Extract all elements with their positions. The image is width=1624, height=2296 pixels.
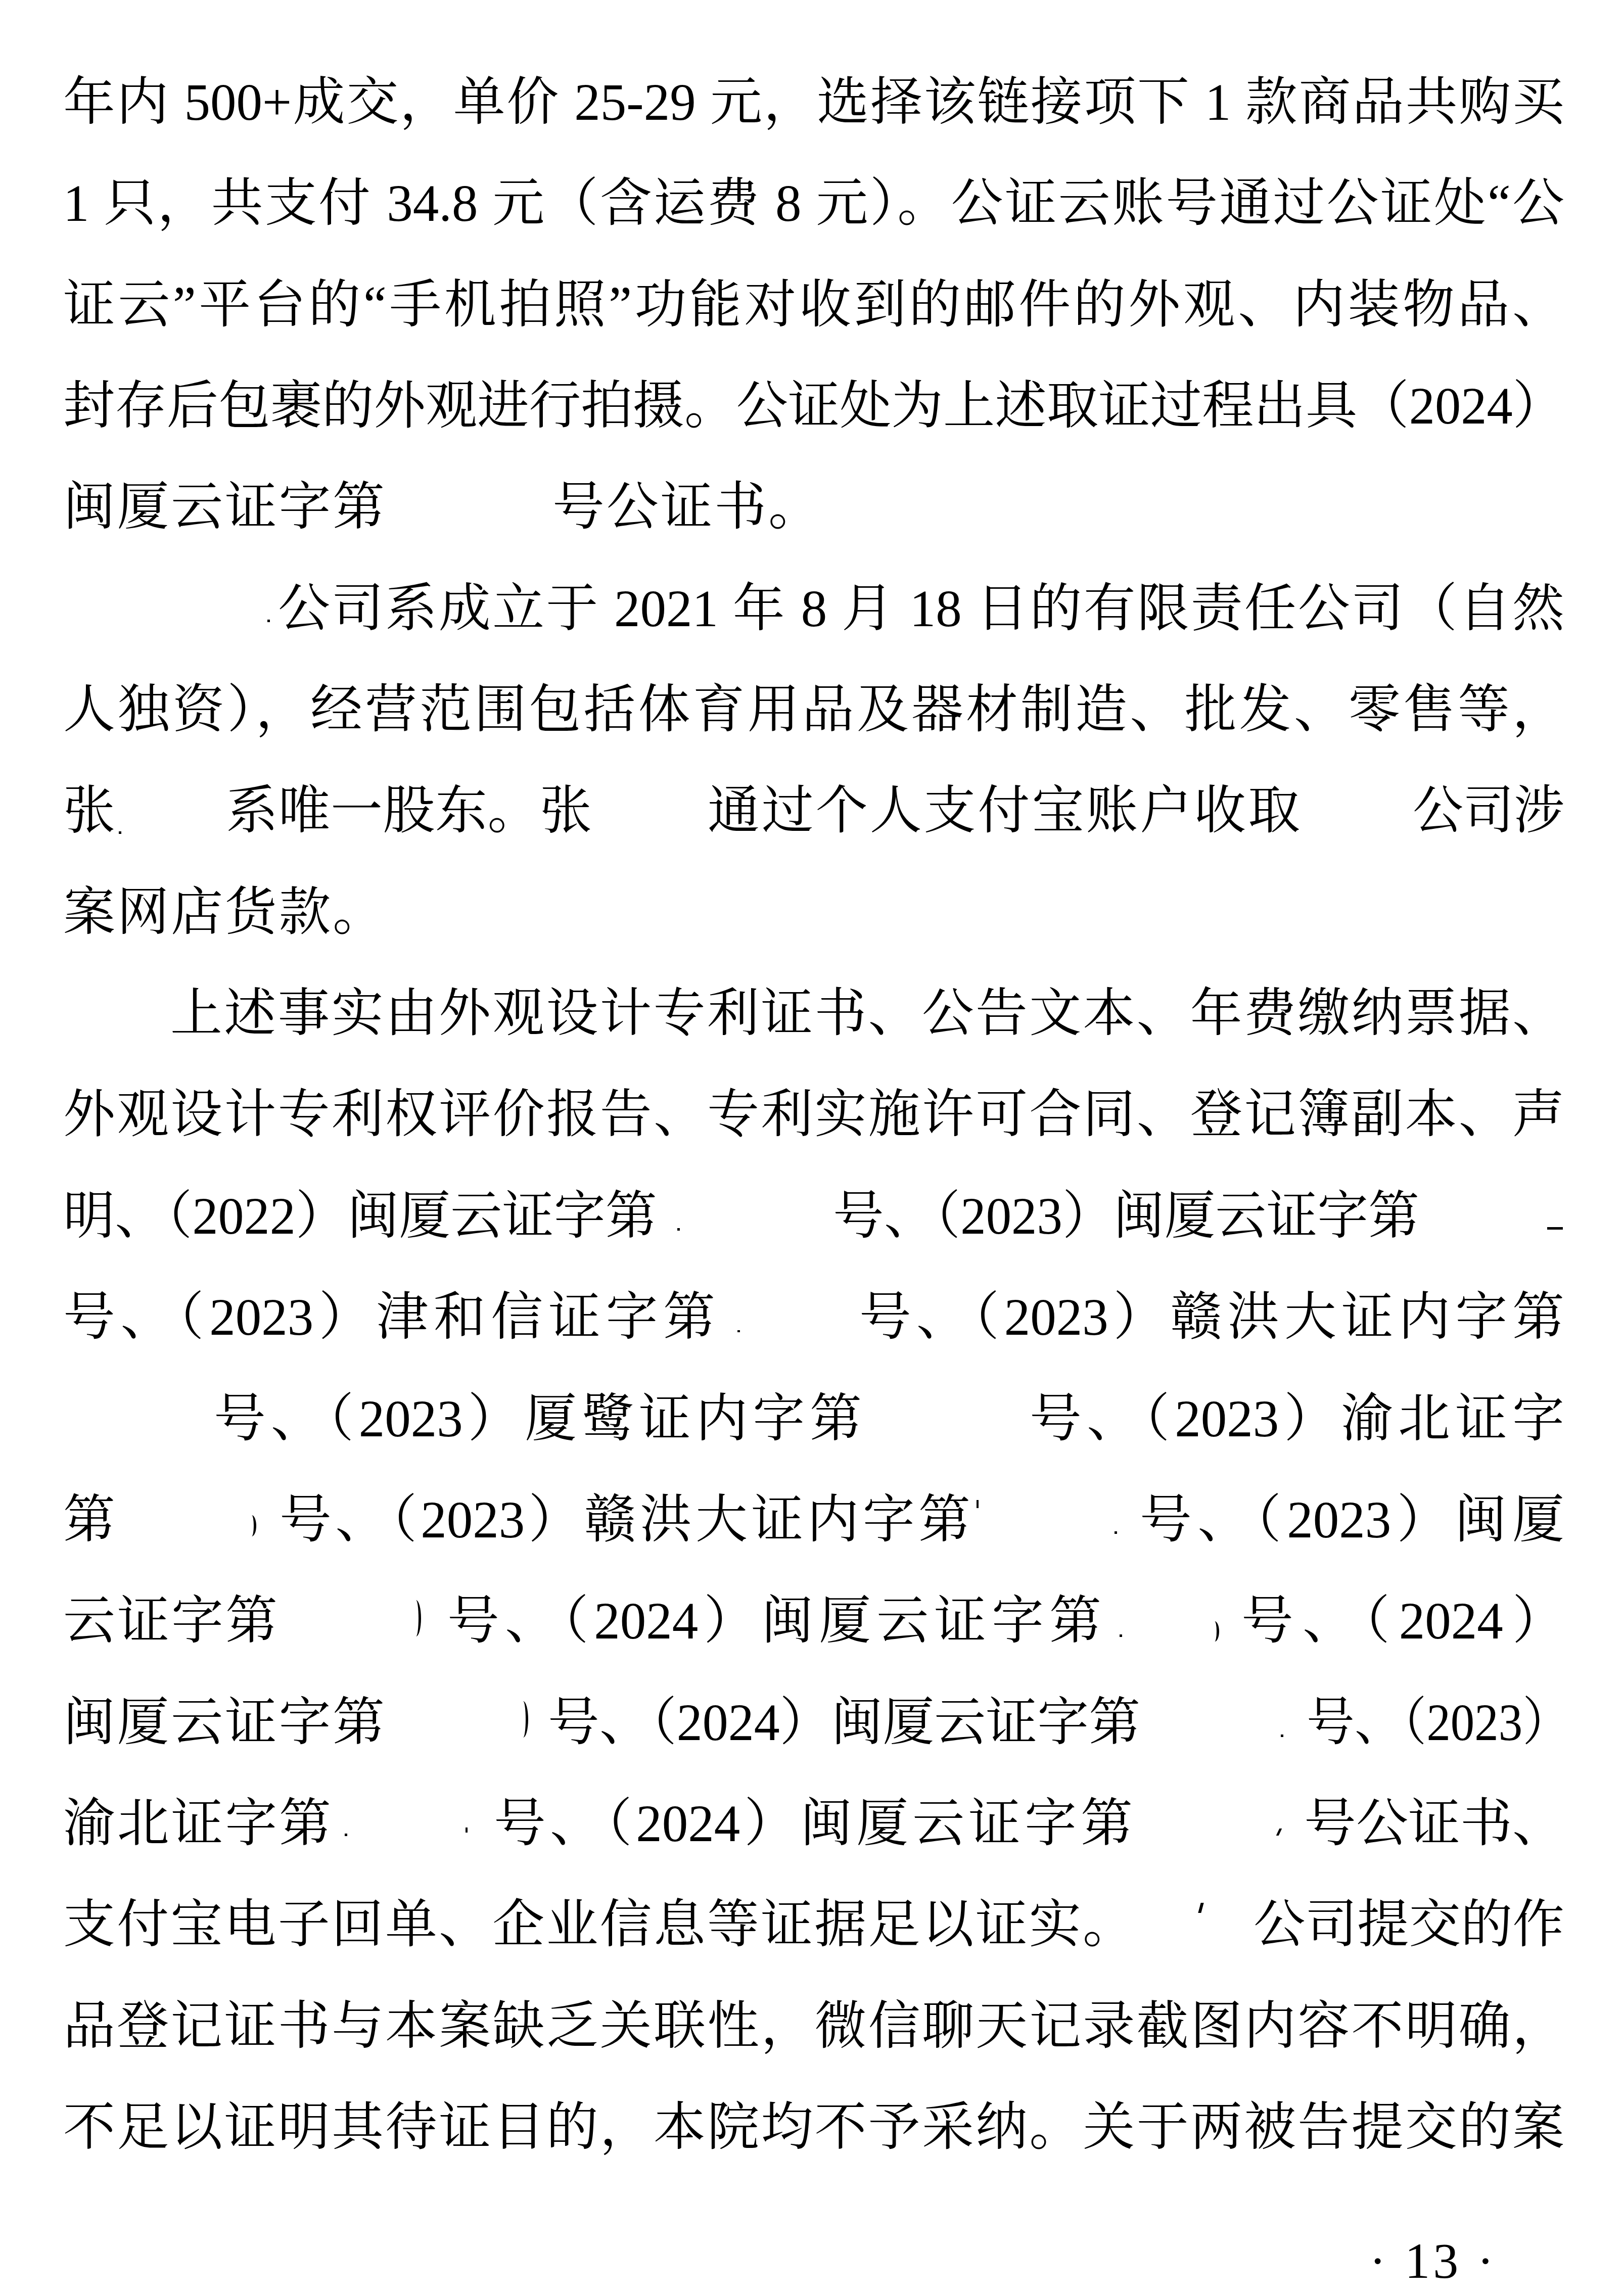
text-line: 渝北证字第 号、（2024）闽厦云证字第 号公证书、: [0, 1773, 1624, 1875]
redaction-residue-mark: [466, 1828, 468, 1833]
text-segment: 公司提交的作: [1254, 1875, 1564, 1976]
text-segment: 支付宝电子回单、企业信息等证据足以证实。: [63, 1875, 1135, 1976]
text-line: 公司系成立于 2021 年 8 月 18 日的有限责任公司（自然: [0, 558, 1624, 660]
page-number: · 13 ·: [1369, 2236, 1497, 2286]
text-line: 明、（2022）闽厦云证字第 号、（2023）闽厦云证字第: [0, 1166, 1624, 1267]
redaction-residue-mark: [119, 831, 121, 834]
text-segment: 张: [63, 761, 117, 862]
text-segment: 上述事实由外观设计专利证书、公告文本、年费缴纳票据、: [170, 963, 1564, 1064]
text-segment: 第: [63, 1470, 117, 1571]
text-segment: 号公证书。: [552, 457, 820, 558]
text-line: 外观设计专利权评价报告、专利实施许可合同、登记簿副本、声: [0, 1064, 1624, 1165]
text-line: 号、（2023）津和信证字第 号、（2023）赣洪大证内字第: [0, 1267, 1624, 1368]
text-segment: 渝北证字第: [63, 1773, 331, 1875]
text-segment: 品登记证书与本案缺乏关联性，微信聊天记录截图内容不明确，: [63, 1976, 1564, 2077]
text-line: 1 只，共支付 34.8 元（含运费 8 元）。公证云账号通过公证处“公: [0, 153, 1624, 254]
text-line: 闽厦云证字第 号公证书。: [0, 457, 1624, 558]
text-line: 号、（2023）厦鹭证内字第 号、（2023）渝北证字: [0, 1369, 1624, 1470]
text-line: 闽厦云证字第 号、（2024）闽厦云证字第 号、（2023）: [0, 1672, 1624, 1773]
text-line: 封存后包裹的外观进行拍摄。公证处为上述取证过程出具（2024）: [0, 356, 1624, 457]
text-segment: 通过个人支付宝账户收取: [708, 761, 1300, 862]
text-segment: 号、（2023）闽厦: [1140, 1470, 1564, 1571]
redaction-residue-mark: [518, 1701, 528, 1738]
text-segment: 号、（2023）津和信证字第: [63, 1267, 715, 1368]
text-line: 第 号、（2023）赣洪大证内字第 号、（2023）闽厦: [0, 1470, 1624, 1571]
text-segment: 号、（2024）闽厦云证字第: [494, 1773, 1133, 1875]
text-segment: 明、（2022）闽厦云证字第: [63, 1166, 657, 1267]
text-segment: 号、（2024）: [1241, 1571, 1564, 1672]
redaction-residue-mark: [345, 1834, 347, 1836]
redaction-residue-mark: [411, 1600, 421, 1636]
redaction-residue-mark: [247, 1515, 256, 1536]
text-segment: 号、（2024）闽厦云证字第: [548, 1672, 1140, 1773]
text-segment: 号公证书、: [1304, 1773, 1564, 1875]
redaction-residue-mark: [977, 1500, 979, 1508]
redaction-residue-mark: [1547, 1227, 1563, 1230]
text-line: 不足以证明其待证目的，本院均不予采纳。关于两被告提交的案: [0, 2077, 1624, 2178]
text-segment: 号、（2023）厦鹭证内字第: [214, 1369, 862, 1470]
text-line: 张 系唯一股东。张 通过个人支付宝账户收取 公司涉: [0, 761, 1624, 862]
text-line: 品登记证书与本案缺乏关联性，微信聊天记录截图内容不明确，: [0, 1976, 1624, 2077]
text-segment: 号、（2023）赣洪大证内字第: [859, 1267, 1564, 1368]
redaction-residue-mark: [677, 1228, 680, 1231]
text-segment: 系唯一股东。张: [226, 761, 592, 862]
document-page: 年内 500+成交，单价 25-29 元，选择该链接项下 1 款商品共购买 1 …: [0, 0, 1624, 2296]
text-line: 案网店货款。: [0, 862, 1624, 963]
text-segment: 号、（2023）赣洪大证内字第: [280, 1470, 970, 1571]
text-segment: 号、（2023）: [1307, 1672, 1570, 1773]
text-line: 云证字第 号、（2024）闽厦云证字第 号、（2024）: [0, 1571, 1624, 1672]
redaction-residue-mark: [1281, 1735, 1283, 1737]
text-segment: 号、（2023）渝北证字: [1030, 1369, 1564, 1470]
text-segment: 外观设计专利权评价报告、专利实施许可合同、登记簿副本、声: [63, 1064, 1564, 1165]
text-segment: 闽厦云证字第: [63, 457, 385, 558]
text-line: 支付宝电子回单、企业信息等证据足以证实。 公司提交的作: [0, 1875, 1624, 1976]
text-segment: 案网店货款。: [63, 862, 385, 963]
text-segment: 证云”平台的“手机拍照”功能对收到的邮件的外观、内装物品、: [63, 255, 1564, 356]
text-segment: 号、（2023）闽厦云证字第: [833, 1166, 1419, 1267]
text-line: 证云”平台的“手机拍照”功能对收到的邮件的外观、内装物品、: [0, 255, 1624, 356]
text-line: 人独资），经营范围包括体育用品及器材制造、批发、零售等，: [0, 660, 1624, 761]
text-line: 年内 500+成交，单价 25-29 元，选择该链接项下 1 款商品共购买: [0, 52, 1624, 153]
text-segment: 闽厦云证字第: [63, 1672, 385, 1773]
text-segment: 人独资），经营范围包括体育用品及器材制造、批发、零售等，: [63, 660, 1564, 761]
text-segment: 公司系成立于 2021 年 8 月 18 日的有限责任公司（自然: [278, 558, 1564, 660]
redaction-residue-mark: [1210, 1621, 1219, 1642]
redaction-residue-mark: [267, 620, 270, 622]
text-segment: 不足以证明其待证目的，本院均不予采纳。关于两被告提交的案: [63, 2077, 1564, 2178]
text-segment: 年内 500+成交，单价 25-29 元，选择该链接项下 1 款商品共购买: [63, 52, 1564, 153]
text-line: 上述事实由外观设计专利证书、公告文本、年费缴纳票据、: [0, 963, 1624, 1064]
redaction-residue-mark: [737, 1330, 740, 1332]
redaction-residue-mark: [1120, 1634, 1122, 1637]
text-segment: 云证字第: [63, 1571, 277, 1672]
text-segment: 封存后包裹的外观进行拍摄。公证处为上述取证过程出具（2024）: [63, 356, 1564, 457]
text-segment: 1 只，共支付 34.8 元（含运费 8 元）。公证云账号通过公证处“公: [63, 153, 1564, 254]
redaction-residue-mark: [1115, 1531, 1117, 1534]
text-segment: 号、（2024）闽厦云证字第: [447, 1571, 1101, 1672]
text-segment: 公司涉: [1413, 761, 1564, 862]
